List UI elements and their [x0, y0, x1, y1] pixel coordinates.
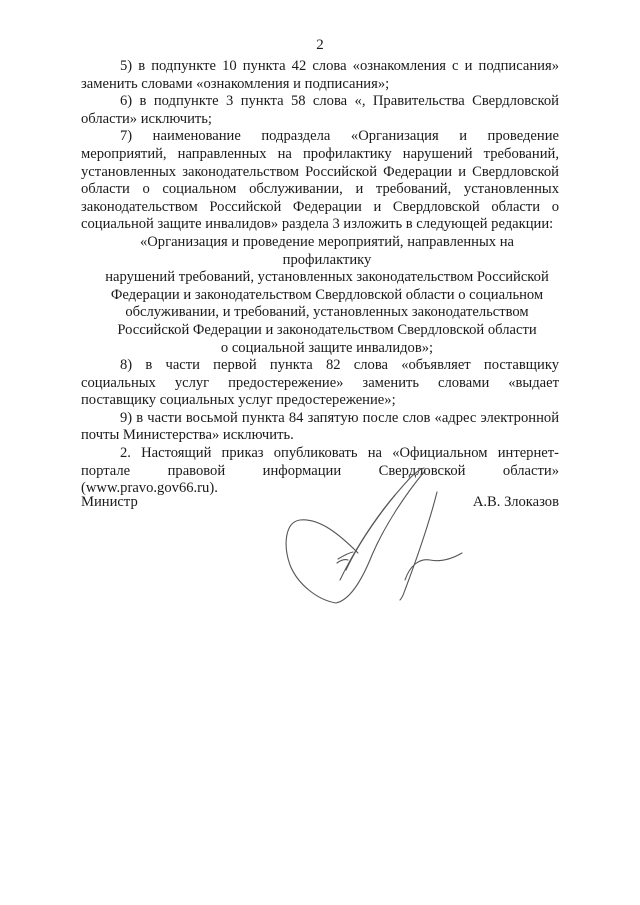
document-body: 5) в подпункте 10 пункта 42 слова «ознак…	[81, 58, 559, 498]
signatory-title: Министр	[81, 493, 138, 511]
handwritten-signature-icon	[270, 460, 480, 610]
quote-line: Российской Федерации и законодательством…	[81, 322, 559, 340]
quote-line: нарушений требований, установленных зако…	[81, 269, 559, 287]
quoted-subsection-title: «Организация и проведение мероприятий, н…	[81, 234, 559, 357]
item-8-paragraph: 8) в части первой пункта 82 слова «объяв…	[81, 357, 559, 410]
page-number: 2	[0, 36, 640, 54]
item-6-paragraph: 6) в подпункте 3 пункта 58 слова «, Прав…	[81, 93, 559, 128]
quote-line: «Организация и проведение мероприятий, н…	[81, 234, 559, 269]
signatory-name: А.В. Злоказов	[473, 493, 559, 511]
quote-line: обслуживании, и требований, установленны…	[81, 304, 559, 322]
quote-line: о социальной защите инвалидов»;	[81, 340, 559, 358]
quote-line: Федерации и законодательством Свердловск…	[81, 287, 559, 305]
item-7-paragraph: 7) наименование подраздела «Организация …	[81, 128, 559, 234]
item-5-paragraph: 5) в подпункте 10 пункта 42 слова «ознак…	[81, 58, 559, 93]
item-9-paragraph: 9) в части восьмой пункта 84 запятую пос…	[81, 410, 559, 445]
